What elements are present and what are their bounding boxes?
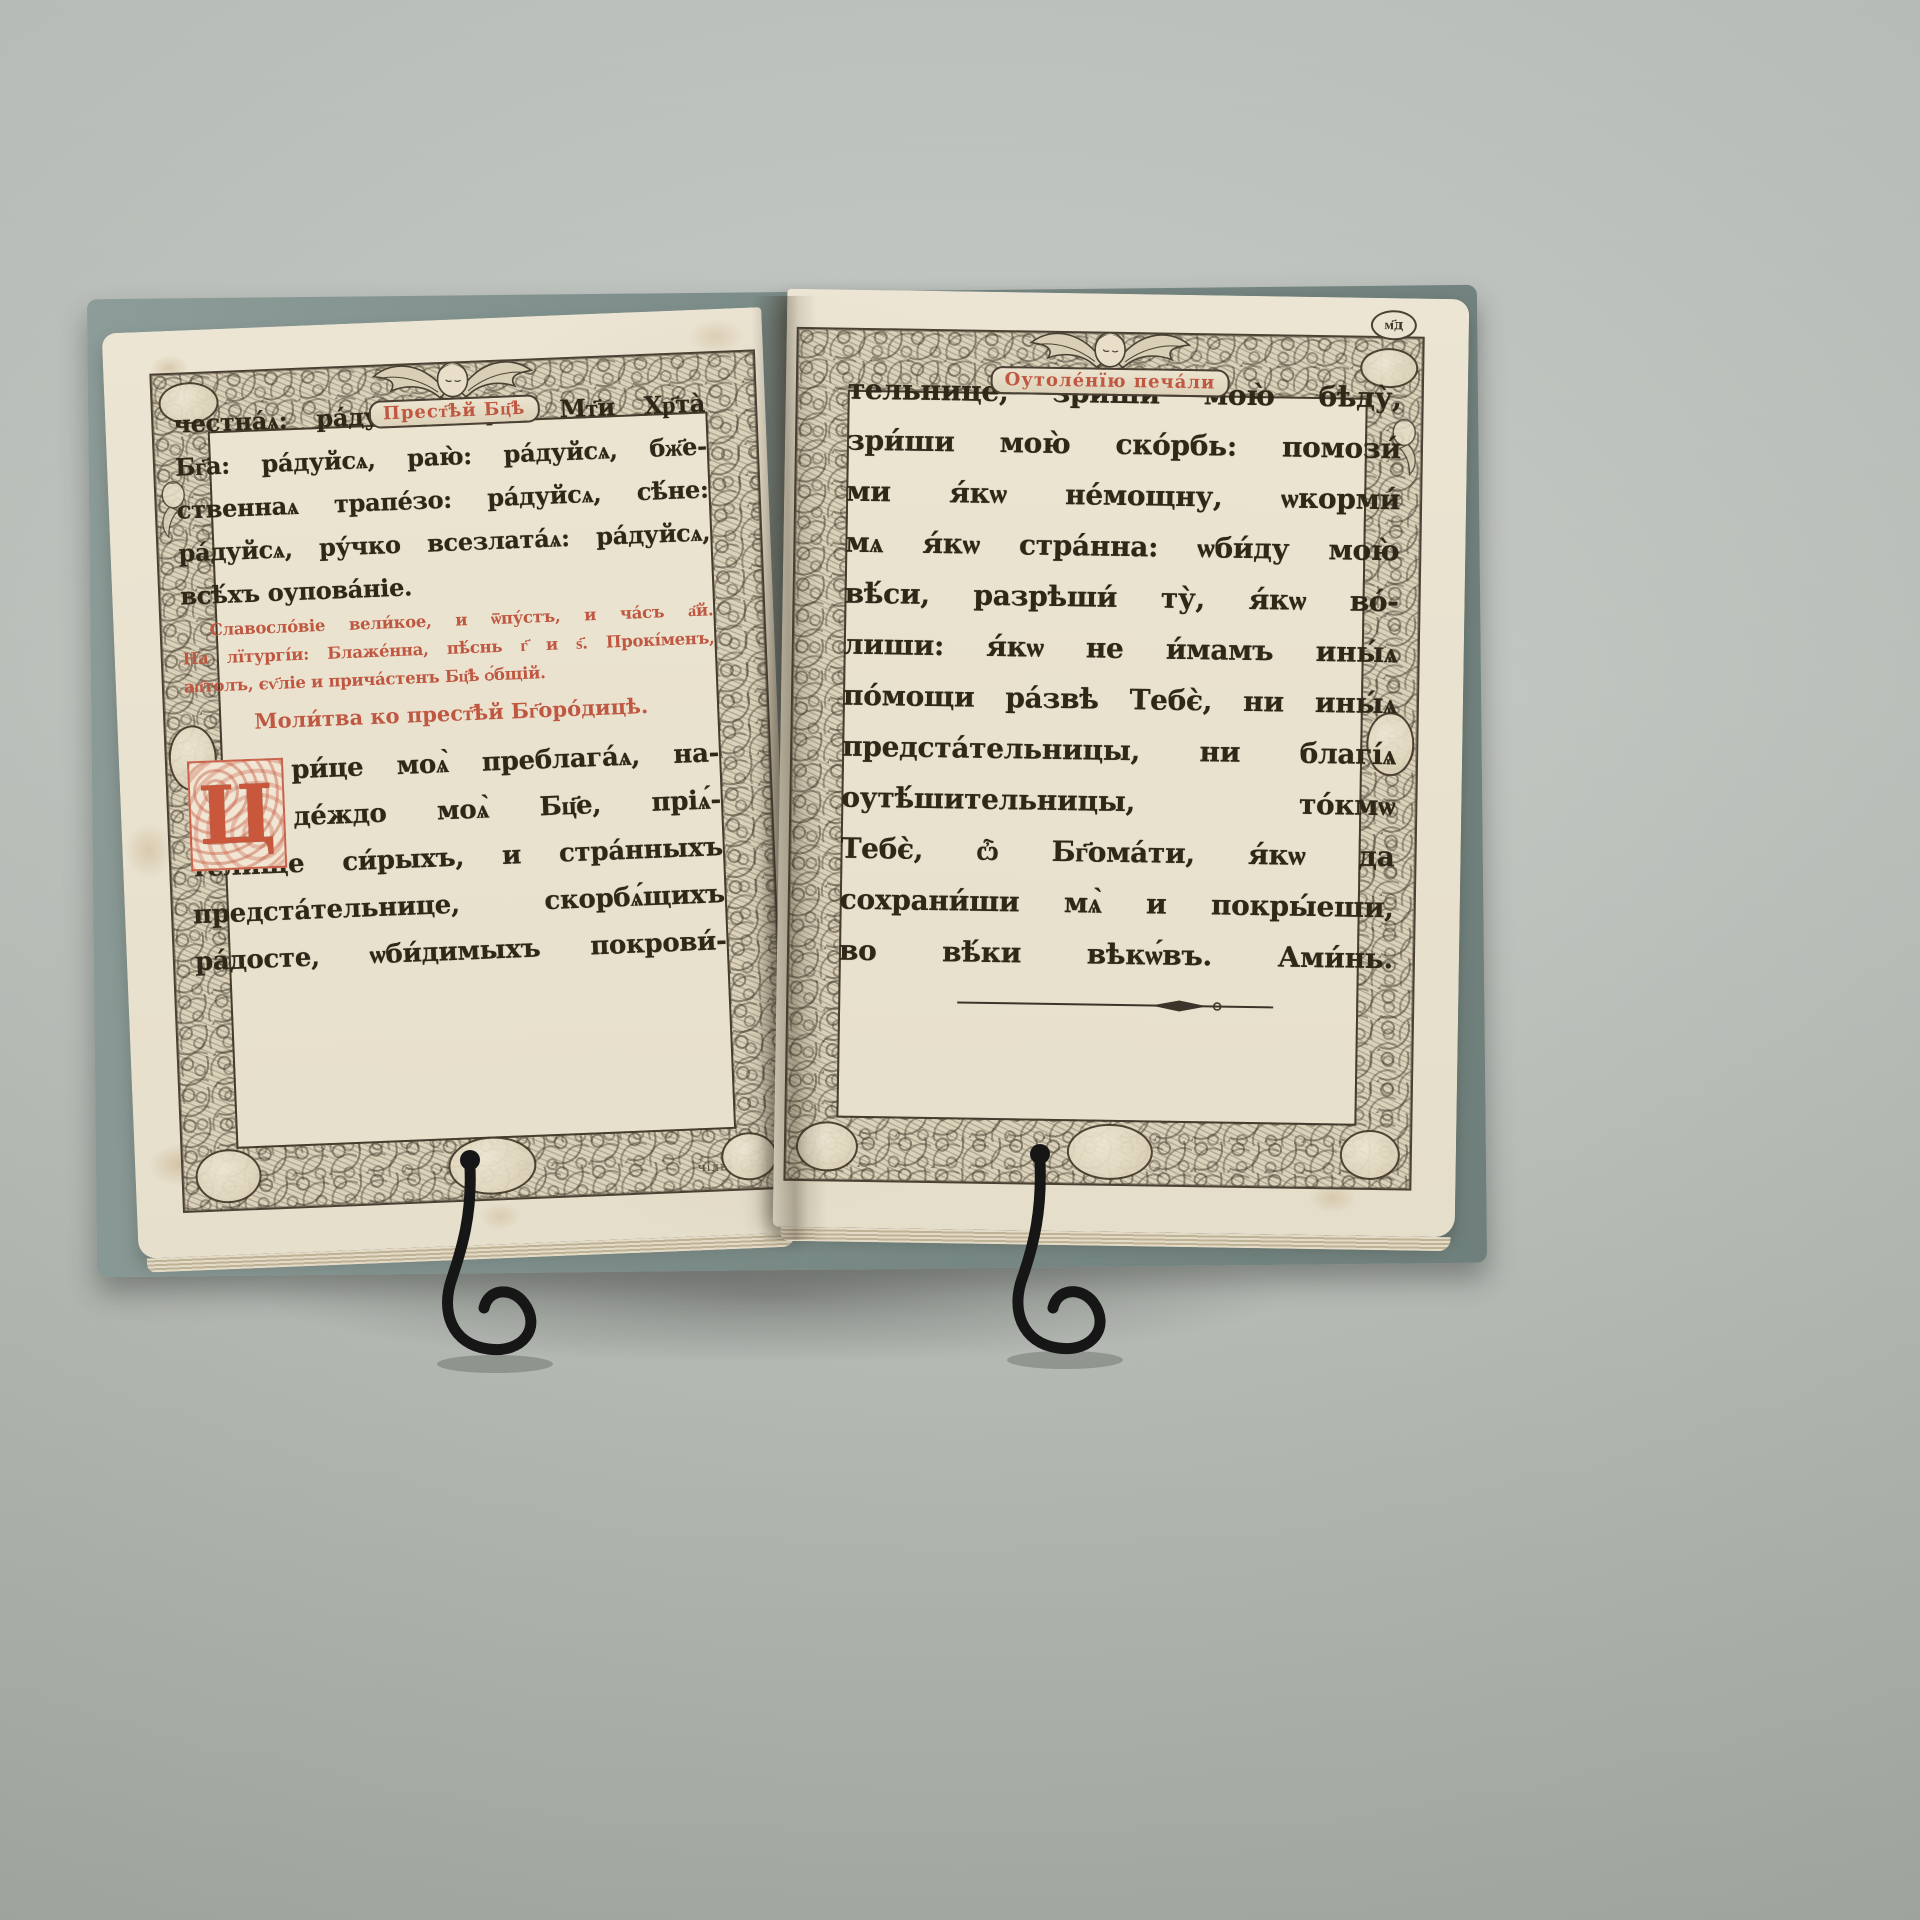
ornate-initial-letter: Ц: [187, 758, 287, 872]
text-line: предста́тельницы, ни благі́ѧ: [842, 721, 1397, 781]
text-line: зри́ши мою̀ ско́рбь: помози́: [847, 415, 1402, 475]
left-page: Прест҃ѣй Бц҃ѣ чіль честна́ѧ: ра́дуйсѧ, М…: [102, 307, 799, 1259]
text-line: по́мощи ра́звѣ Тебє̀, ни ины́ѧ: [843, 670, 1398, 730]
border-medallion: [447, 1135, 537, 1196]
right-running-title: Оутоле́нїю печа́ли: [990, 366, 1229, 398]
right-header-cartouche: Оутоле́нїю печа́ли: [990, 316, 1230, 398]
text-line: ми я́кѡ не́мощну, ѡкорми́: [846, 466, 1401, 526]
text-line: во вѣ́ки вѣкѡ́въ. Ами́нь.: [839, 925, 1394, 985]
border-medallion: [1066, 1123, 1153, 1180]
catchword: чіль: [697, 1159, 727, 1174]
text-line: лиши: я́кѡ не и́мамъ ины́ѧ: [843, 619, 1398, 679]
left-page-text: честна́ѧ: ра́дуйсѧ, Мр҃іе, Мт҃и Хр҃та̀ Б…: [173, 381, 728, 986]
text-line: вѣ́си, разрѣши́ ту̀, я́кѡ во́-: [844, 568, 1399, 628]
prayer-block: Ц ри́це моѧ̀ преблага́ѧ, на- де́ждо моѧ̀…: [187, 730, 728, 986]
border-medallion: [1339, 1129, 1400, 1180]
right-page-text: тельнице, зри́ши мою̀ бѣду̀, зри́ши мою̀…: [838, 364, 1402, 1019]
left-header-cartouche: Прест҃ѣй Бц҃ѣ: [366, 344, 540, 429]
page-number-badge: м҃д: [1371, 310, 1417, 341]
photo-scene: Прест҃ѣй Бц҃ѣ чіль честна́ѧ: ра́дуйсѧ, М…: [0, 0, 1920, 1920]
border-medallion: [195, 1148, 263, 1205]
border-medallion: [720, 1131, 778, 1181]
text-line: оутѣ́шительницы, то́кмѡ: [841, 772, 1396, 832]
text-line: Тебє̀, ѽ Бг҃ома́ти, я́кѡ да: [840, 823, 1395, 883]
border-medallion: [796, 1121, 859, 1172]
right-page: м҃д Оутоле́н: [773, 289, 1470, 1238]
text-line: мѧ я́кѡ стра́нна: ѡби́ду мою̀: [845, 517, 1400, 577]
text-line: сохрани́ши мѧ̀ и покры́еши,: [839, 874, 1394, 934]
